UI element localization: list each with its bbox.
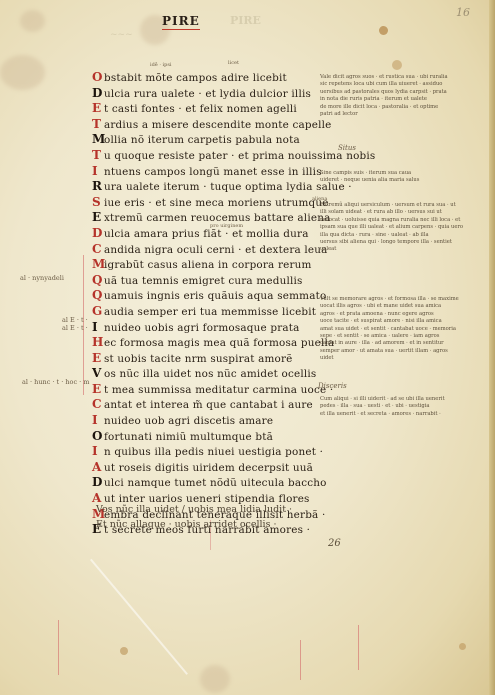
manuscript-page: PIRE ~~~ PIRE 16 idẽ · ipsi licet aliena… [0, 0, 495, 695]
ruling-line [358, 625, 359, 670]
verse-text: bstabit mõte campos adire licebit [104, 72, 287, 84]
marginal-gloss: Sine campis suis · iterum sua cauauidere… [320, 170, 460, 185]
verse-line: Hec formosa magis mea quã formosa puella [92, 335, 332, 351]
verse-initial: O [92, 429, 104, 445]
gloss-line: Extremũ aliqui uersiculum · uersum et ru… [320, 202, 480, 209]
gloss-line: Cum aliqui · si illi uiderit · ad se ubi… [320, 396, 480, 403]
gloss-line: uidet [320, 355, 480, 362]
verse-text: st uobis tacite nrm suspirat amorẽ [104, 353, 293, 365]
verse-line: Quã tua temnis emigret cura medullis [92, 273, 332, 289]
gloss-line: uersibus ad pastorales quos lydia carpsi… [320, 89, 470, 96]
verse-line: Cantat et interea m̃ que cantabat i aure [92, 397, 332, 413]
verse-initial: I [92, 413, 104, 429]
verse-initial: A [92, 460, 104, 476]
gloss-line: Vale dicit agros suos · et rustica sua ·… [320, 74, 470, 81]
verse-line: Migrabũt casus aliena in corpora rerum [92, 257, 332, 273]
verse-text: ulcia rura ualete · et lydia dulcior ill… [104, 88, 311, 100]
margin-note: al E · t · [62, 324, 88, 332]
verse-text: nuideo uob agri discetis amare [104, 415, 273, 427]
blotch [20, 10, 45, 32]
verse-initial: D [92, 475, 104, 491]
verse-text: u quoque resiste pater · et prima nouiss… [104, 150, 375, 162]
gloss-line: amat sua uidet · et sentit · cantabat uo… [320, 326, 480, 333]
running-title: PIRE [162, 14, 200, 30]
verse-text: ut roseis digitis uiridem decerpsit uuã [104, 462, 313, 474]
verse-line: Candida nigra oculi cerni · et dextera l… [92, 242, 332, 258]
verse-initial: S [92, 195, 104, 211]
blotch [200, 665, 230, 693]
gloss-line: uoce tacite · et suspirat amore · nisi i… [320, 318, 480, 325]
verse-text: n quibus illa pedis niuei uestigia ponet… [104, 446, 323, 458]
verse-initial: E [92, 382, 104, 398]
verse-line: Et casti fontes · et felix nomen agelli [92, 101, 332, 117]
verse-text: uã tua temnis emigret cura medullis [104, 275, 303, 287]
verse-text: ura ualete iterum · tuque optima lydia s… [104, 181, 352, 193]
margin-note: al · hunc · t · hoc · m [22, 378, 89, 386]
folio-number: 16 [456, 6, 470, 19]
verse-initial: C [92, 242, 104, 258]
stain [392, 60, 402, 70]
verse-line: Est uobis tacite nrm suspirat amorẽ [92, 351, 332, 367]
addendum-line: Vos nũc illa uidet / uobis mea lidia lud… [96, 502, 356, 517]
marginal-gloss: Cum aliqui · si illi uiderit · ad se ubi… [320, 396, 480, 418]
page-crease [90, 559, 188, 675]
verse-text: t mea summissa meditatur carmina uoce · [104, 384, 333, 396]
gloss-line: ipsam sua que illi ualeat · et alium car… [320, 224, 480, 231]
verse-text: ulcia amara prius fiãt · et mollia dura [104, 228, 309, 240]
verse-line: Inuideo uob agri discetis amare [92, 413, 332, 429]
verse-initial: V [92, 366, 104, 382]
verse-initial: H [92, 335, 104, 351]
verse-text: ulci namque tumet nõdũ uitecula baccho [104, 477, 327, 489]
verse-initial: E [92, 101, 104, 117]
verse-line: Obstabit mõte campos adire licebit [92, 70, 332, 86]
verse-line: Dulcia rura ualete · et lydia dulcior il… [92, 86, 332, 102]
verse-line: Tu quoque resiste pater · et prima nouis… [92, 148, 332, 164]
verse-initial: R [92, 179, 104, 195]
gloss-line: sic repetens loca ubi cum illa uiueret ·… [320, 81, 470, 88]
verse-initial: D [92, 226, 104, 242]
verse-line: Vos nũc illa uidet nos nũc amidet ocelli… [92, 366, 332, 382]
verse-line: Inuideo uobis agri formosaque prata [92, 320, 332, 336]
verse-line: Aut roseis digitis uiridem decerpsit uuã [92, 460, 332, 476]
verse-line: Mollia nõ iterum carpetis pabula nota [92, 132, 332, 148]
verse-text: audia semper eri tua memmisse licebit [104, 306, 316, 318]
verse-initial: I [92, 444, 104, 460]
verse-initial: I [92, 164, 104, 180]
verse-column: Obstabit mõte campos adire licebitDulcia… [92, 70, 332, 538]
gloss-line: reuocat · uoluisse quia magna ruralia ne… [320, 217, 480, 224]
gloss-line: uersus sibi aliena qui · longo tempore i… [320, 239, 480, 246]
verse-text: antat et interea m̃ que cantabat i aure [104, 399, 313, 411]
verse-initial: I [92, 320, 104, 336]
verse-text: iue eris · et sine meca moriens utrumque [104, 197, 329, 209]
ruling-line [300, 640, 301, 680]
verse-line: Tardius a misere descendite monte capell… [92, 117, 332, 133]
marginal-gloss: Vult se memorare agros · et formosa illa… [320, 296, 480, 363]
gloss-line: Sine campis suis · iterum sua caua [320, 170, 460, 177]
verse-initial: E [92, 351, 104, 367]
blotch [0, 55, 45, 90]
verse-text: ardius a misere descendite monte capelle [104, 119, 331, 131]
ruling-line [58, 620, 59, 675]
verse-text: os nũc illa uidet nos nũc amidet ocellis [104, 368, 316, 380]
addendum-line: Et nũc allaque · uobis arridet ocellis · [96, 517, 356, 532]
page-number: 26 [328, 538, 341, 549]
verse-initial: T [92, 148, 104, 164]
margin-note: al · nynyadeli [20, 274, 64, 282]
verse-text: ec formosa magis mea quã formosa puella [104, 337, 334, 349]
gloss-line: patri ad lector [320, 111, 470, 118]
verse-initial: M [92, 132, 104, 148]
verse-initial: D [92, 86, 104, 102]
verse-text: igrabũt casus aliena in corpora rerum [104, 259, 312, 271]
interlinear-gloss: licet [228, 60, 239, 66]
verse-initial: T [92, 117, 104, 133]
verse-text: t casti fontes · et felix nomen agelli [104, 103, 297, 115]
marginal-gloss: Vale dicit agros suos · et rustica sua ·… [320, 74, 470, 118]
gloss-line: semper amor · ut amata sua · uertit illa… [320, 348, 480, 355]
stain [459, 643, 466, 650]
verse-initial: C [92, 397, 104, 413]
verse-text: xtremũ carmen reuocemus battare aliena [104, 212, 330, 224]
gloss-line: de more ille dicit loca · pastoralia · e… [320, 104, 470, 111]
verse-text: ntuens campos longũ manet esse in illis [104, 166, 322, 178]
gloss-line: in nota die ruris patria · iterum et ual… [320, 96, 470, 103]
verse-initial: G [92, 304, 104, 320]
verse-text: uamuis ingnis eris quãuis aqua semmato [104, 290, 326, 302]
verse-line: Et mea summissa meditatur carmina uoce · [92, 382, 332, 398]
interlinear-gloss: idẽ · ipsi [150, 62, 172, 68]
bleed-through-text: ~~~ [110, 30, 133, 40]
verse-line: Extremũ carmen reuocemus battare aliena [92, 210, 332, 226]
verse-initial: Q [92, 288, 104, 304]
verse-text: nuideo uobis agri formosaque prata [104, 322, 300, 334]
stain [120, 647, 128, 655]
gloss-heading: Disceris [318, 382, 347, 390]
gloss-line: uocat illis agros · ubi et mane uidet su… [320, 303, 480, 310]
gloss-line: cantat in aure · illa · ad amorem · et i… [320, 340, 480, 347]
verse-line: Quamuis ingnis eris quãuis aqua semmato [92, 288, 332, 304]
margin-note: al E · t · [62, 316, 88, 324]
verse-initial: Q [92, 273, 104, 289]
verse-line: Siue eris · et sine meca moriens utrumqu… [92, 195, 332, 211]
verse-initial: O [92, 70, 104, 86]
gloss-heading: Situs [338, 144, 356, 152]
verse-line: Ofortunati nimiũ multumque btã [92, 429, 332, 445]
verse-text: fortunati nimiũ multumque btã [104, 431, 273, 443]
verse-line: Gaudia semper eri tua memmisse licebit [92, 304, 332, 320]
verse-line: Dulcia amara prius fiãt · et mollia dura [92, 226, 332, 242]
bleed-through-title: PIRE [230, 14, 261, 27]
verse-line: Intuens campos longũ manet esse in illis [92, 164, 332, 180]
verse-line: In quibus illa pedis niuei uestigia pone… [92, 444, 332, 460]
verse-line: Rura ualete iterum · tuque optima lydia … [92, 179, 332, 195]
stain [379, 26, 388, 35]
gloss-line: illa qua dicta · rura · sine · ualeat · … [320, 232, 480, 239]
gloss-line: illi solam uideat · et rura ab illo · ue… [320, 209, 480, 216]
gloss-line: ualeat [320, 246, 480, 253]
gloss-line: pedes · illa · sua · uesti · et · ubi · … [320, 403, 480, 410]
verse-initial: M [92, 257, 104, 273]
gloss-line: uideret · neque uenia alia maria salus [320, 177, 460, 184]
gloss-line: Vult se memorare agros · et formosa illa… [320, 296, 480, 303]
verse-text: andida nigra oculi cerni · et dextera le… [104, 244, 328, 256]
verse-initial: E [92, 210, 104, 226]
marginal-gloss: Extremũ aliqui uersiculum · uersum et ru… [320, 202, 480, 254]
verse-text: ollia nõ iterum carpetis pabula nota [104, 134, 300, 146]
page-edge [489, 0, 495, 695]
gloss-line: sepe · et sentit · se amica · ualere · i… [320, 333, 480, 340]
gloss-line: et illa uenerit · et secreta · amores · … [320, 411, 480, 418]
verse-line: Dulci namque tumet nõdũ uitecula baccho [92, 475, 332, 491]
gloss-line: agros · et prata amoena · nunc egere agr… [320, 311, 480, 318]
